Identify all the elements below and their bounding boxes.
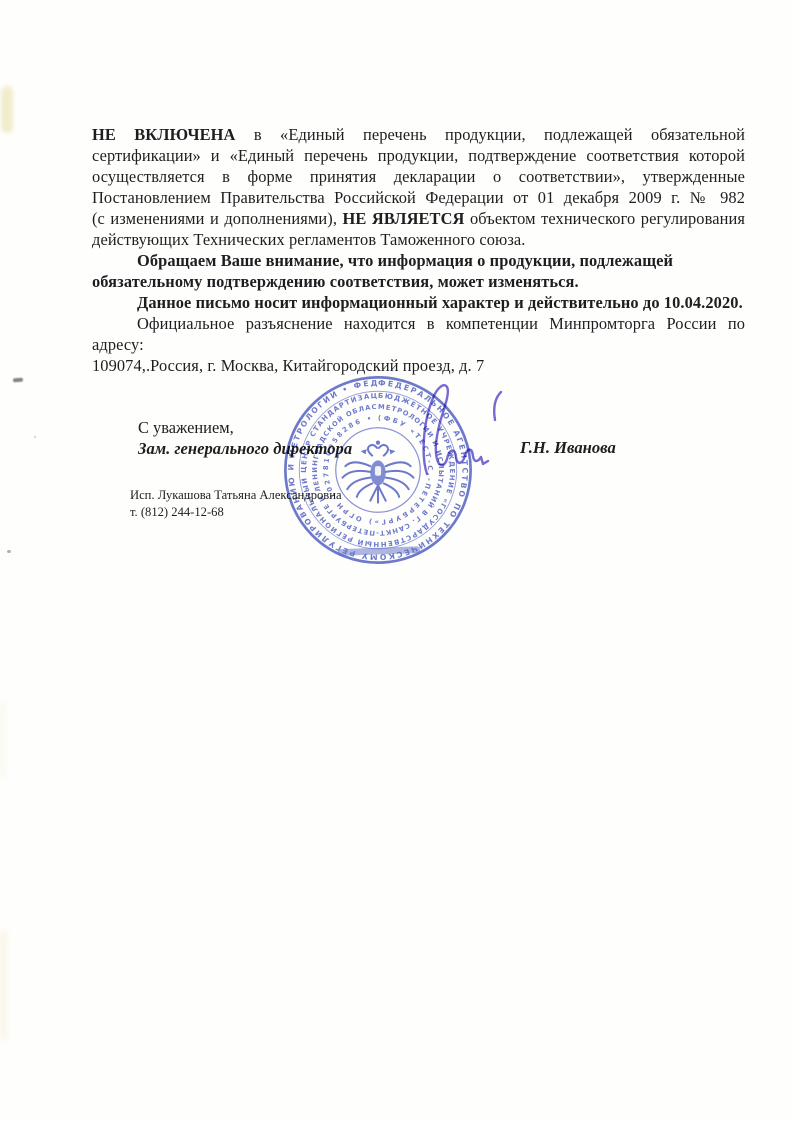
- notice-line: Обращаем Ваше внимание, что информация о…: [92, 250, 745, 271]
- closing-salutation: С уважением,: [138, 418, 234, 438]
- emphasis-text: НЕ ЯВЛЯЕТСЯ: [343, 209, 465, 228]
- body-line: сертификации» и «Единый перечень продукц…: [92, 145, 745, 166]
- body-line: Официальное разъяснение находится в комп…: [92, 313, 745, 355]
- phone-line: т. (812) 244-12-68: [130, 504, 224, 521]
- address-line: 109074,.Россия, г. Москва, Китайгородски…: [92, 355, 745, 376]
- emphasis-text: НЕ ВКЛЮЧЕНА: [92, 125, 235, 144]
- body-text: (с изменениями и дополнениями),: [92, 209, 343, 228]
- body-line: Постановлением Правительства Российской …: [92, 187, 745, 208]
- validity-line: Данное письмо носит информационный харак…: [92, 292, 745, 313]
- scan-mark: [7, 550, 11, 553]
- scan-mark: [34, 436, 36, 438]
- body-line: действующих Технических регламентов Тамо…: [92, 229, 745, 250]
- signature-ink: [393, 378, 511, 486]
- body-line: (с изменениями и дополнениями), НЕ ЯВЛЯЕ…: [92, 208, 745, 229]
- signer-name: Г.Н. Иванова: [520, 438, 616, 458]
- signature-main-stroke: [424, 385, 488, 474]
- body-text: объектом технического регулирования: [464, 209, 745, 228]
- scan-mark: [13, 378, 23, 383]
- notice-line: обязательному подтверждению соответствия…: [92, 271, 745, 292]
- body-line: осуществляется в форме принятия декларац…: [92, 166, 745, 187]
- document-page: НЕ ВКЛЮЧЕНА в «Единый перечень продукции…: [0, 0, 794, 1122]
- body-text: в «Единый перечень продукции, подлежащей…: [235, 125, 745, 144]
- letter-body: НЕ ВКЛЮЧЕНА в «Единый перечень продукции…: [92, 124, 745, 376]
- signature-flourish-stroke: [494, 392, 501, 420]
- body-line: НЕ ВКЛЮЧЕНА в «Единый перечень продукции…: [92, 124, 745, 145]
- scan-smudge: [0, 930, 7, 1040]
- scan-smudge: [1, 86, 13, 133]
- scan-smudge: [0, 700, 5, 780]
